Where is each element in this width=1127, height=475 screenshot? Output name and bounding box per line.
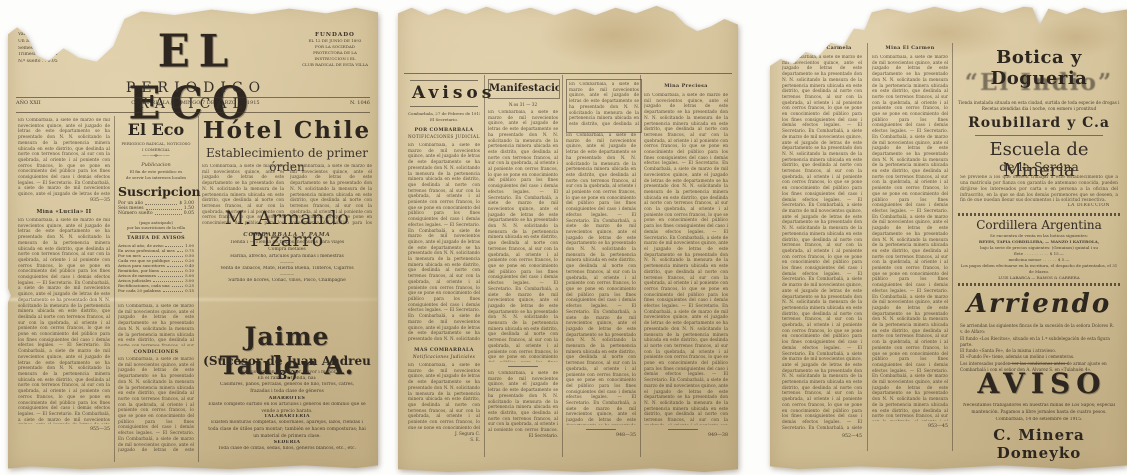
- notice-ref: 952—45: [782, 434, 862, 439]
- newspaper-page-2: Avisos Combarbala, 27 de Febrero de 1915…: [398, 3, 738, 473]
- ad-arriendo-lines: Se arriendan las siguientes fincas de la…: [960, 323, 1118, 373]
- notice-sig-line: S. E.: [408, 437, 480, 443]
- masthead-founded-box: FUNDADO EL 12 DE JUNIO DE 1893 POR LA SO…: [300, 32, 370, 68]
- ad-line: Surtido de licores, Coñac, vinos, Pisco,…: [212, 278, 362, 285]
- ad-line: Recetas atendidas dia i noche, con esmer…: [958, 106, 1120, 112]
- ad-line: Los pagos deben efectuarse en la escritu…: [958, 263, 1120, 275]
- illegible-text-block: En Combarbalá, a siete de marzo de mil n…: [644, 93, 728, 425]
- column-rule: [114, 116, 115, 462]
- masthead-price-line: Valor de la suscricion:: [18, 32, 82, 39]
- avisos-heading: Avisos: [408, 83, 480, 103]
- notice-header: Mina «Lucila» II: [18, 209, 110, 215]
- manifestaciones-heading: Manifestaciones: [488, 79, 560, 99]
- notice-ref: 948—35: [566, 433, 636, 438]
- masthead-price-box: Valor de la suscricion: Un año . . . $ 3…: [18, 32, 82, 66]
- subscription-prices: Por un año$ 3.00 Seis meses1.50 Número s…: [118, 201, 194, 216]
- ad-arriendo-title: Arriendo: [958, 289, 1120, 319]
- column-rule: [562, 75, 563, 457]
- ad-botica-firm: Roubillard y C.a: [958, 115, 1120, 131]
- notice-header: Mina Rosa Carmela: [782, 45, 862, 51]
- masthead-price-line: Semestre . . . 1.50: [18, 46, 82, 53]
- subscription-note: por las suscriciones de la villa: [118, 225, 194, 231]
- ad-escuela-subtitle: de la Serena: [958, 159, 1120, 174]
- ad-hotel-chile-title: Hótel Chile: [202, 117, 372, 144]
- column-rule: [484, 75, 485, 457]
- notice-header: Mina El Carmen: [872, 45, 948, 51]
- price-label: Número suelto: [118, 211, 153, 216]
- ad-line: Venta de Tabacos, Mate, Hierba Buena, Ti…: [212, 266, 362, 273]
- hatch-border: [958, 213, 1120, 216]
- ad-section-head: SEDERIA: [202, 440, 372, 445]
- illegible-text-block: En Combarbalá, a siete de marzo de mil n…: [488, 110, 558, 362]
- masthead-price-line: N.º suelto . . 0.05: [18, 59, 82, 66]
- page-3-paper: Mina Rosa Carmela En Combarbalá, a siete…: [770, 3, 1127, 470]
- illegible-text-block: En Combarbalá, a siete de marzo de mil n…: [408, 143, 480, 343]
- founded-line: CLUB RADICAL DE ESTA VILLA: [300, 62, 370, 68]
- tariff-heading: TARIFA DE AVISOS: [118, 235, 194, 241]
- illegible-text-block: En Combarbalá, a siete de marzo de mil n…: [18, 218, 110, 424]
- short-rule: [410, 80, 478, 81]
- ad-aviso-signature: C. Minera Domeyko: [958, 426, 1120, 462]
- ad-line: Tienda i — Tienda de trapos, hechuras pa…: [212, 240, 362, 247]
- notice-sig-line: El Secretario.: [408, 117, 480, 123]
- ad-line: El fundo «Los Riecitos», situado en la 1…: [960, 336, 1118, 349]
- short-rule: [1010, 363, 1068, 364]
- tariff-table: Avisos al año, de aviso1.00 En aviso pro…: [118, 243, 194, 293]
- price-value: 0.05: [184, 211, 194, 216]
- page-2-paper: Avisos Combarbala, 27 de Febrero de 1915…: [398, 3, 738, 473]
- price-row: Número suelto0.05: [118, 211, 194, 216]
- ad-section-text: Existen monturas completas, sobornales, …: [208, 420, 366, 440]
- newspaper-subtitle: PERIODICO RADICAL: [68, 80, 318, 112]
- ad-line: Casimires, paños, percalas, géneros de h…: [214, 382, 360, 396]
- ad-pizarro-subtitle: COMBARBALA Y PAMA: [202, 231, 372, 239]
- masthead-rule-bottom: [16, 112, 370, 113]
- illegible-text-block: En Combarbalá, a siete de marzo de mil n…: [408, 363, 480, 429]
- column-rule: [867, 43, 868, 451]
- ad-line: Harina, afrecho, artículos para minas i …: [212, 254, 362, 261]
- ad-escuela-text: Se previene a los que deseen trabajar a …: [960, 175, 1118, 201]
- short-rule: [975, 135, 1103, 136]
- paper-stain: [508, 0, 718, 81]
- ad-cordillera-title: Cordillera Argentina: [958, 218, 1120, 232]
- short-rule: [410, 106, 478, 107]
- short-rule: [668, 429, 698, 430]
- dateline-place-date: COMBARBALA, DOMINGO 7 DE MARZO DE 1915: [131, 100, 259, 106]
- tariff-row: Por cada 20 palabras0.15: [118, 288, 194, 293]
- illegible-text-block: En Combarbalá, a siete de marzo de mil n…: [118, 357, 194, 453]
- notice-header: POR COMBARBALA: [408, 127, 480, 133]
- subscription-heading: Suscripcion: [118, 184, 194, 199]
- scanned-newspaper-sheet: Valor de la suscricion: Un año . . . $ 3…: [0, 0, 1127, 475]
- illegible-text-block: En Combarbalá, a siete de marzo de mil n…: [569, 82, 639, 126]
- ad-cordillera-box: Cordillera Argentina Se encuentra de ven…: [958, 213, 1120, 286]
- ad-section-head: ABARROTES: [202, 396, 372, 401]
- short-rule: [586, 429, 616, 430]
- dateline: AÑO XXII COMBARBALA, DOMINGO 7 DE MARZO …: [16, 100, 370, 106]
- tariff-value: 0.15: [185, 288, 194, 293]
- short-rule: [130, 232, 182, 233]
- ad-section-head: TALABARTERIA: [202, 414, 372, 419]
- ad-aviso-text: Necesitamos trabajadores en nuestras min…: [962, 403, 1116, 416]
- notice-subheader: Notificaciones Judiciales: [408, 354, 480, 359]
- notice-ref: 953—45: [872, 424, 948, 429]
- illegible-text-block: En Combarbalá, a siete de marzo de mil n…: [782, 55, 862, 431]
- brand-subline: I COMERCIAL: [118, 147, 194, 153]
- notice-sig-line: El Secretario.: [488, 433, 558, 439]
- ad-pizarro-lines: Tienda i — Tienda de trapos, hechuras pa…: [212, 240, 362, 284]
- tariff-label: Por cada 20 palabras: [118, 288, 161, 293]
- notice-subheader: NOTIFICACIONES JUDICIALES: [408, 134, 480, 139]
- ornament: —··—✣—··—: [118, 154, 194, 161]
- dateline-year: AÑO XXII: [16, 100, 41, 106]
- notice-ref: 949—38: [644, 433, 728, 438]
- column-rule: [198, 116, 199, 462]
- paper-brand-heading: El Eco: [118, 120, 194, 139]
- short-rule: [508, 366, 538, 367]
- head-rule: [404, 73, 732, 74]
- ad-aviso-title: AVISO: [958, 367, 1120, 400]
- page-1-paper: Valor de la suscricion: Un año . . . $ 3…: [8, 4, 378, 470]
- newspaper-page-1: Valor de la suscricion: Un año . . . $ 3…: [8, 4, 378, 470]
- illegible-text-block: En Combarbalá, a siete de marzo de mil n…: [18, 118, 110, 196]
- newspaper-page-3: Mina Rosa Carmela En Combarbalá, a siete…: [770, 3, 1127, 470]
- ad-escuela-signature: LA DIRECCION: [960, 203, 1110, 210]
- ad-line: Se arriendan las siguientes fincas de la…: [960, 323, 1118, 336]
- masthead-rule-top: [16, 97, 370, 98]
- masthead-price-line: Un año . . . $ 3.00: [18, 39, 82, 46]
- brand-subline: PERIODICO RADICAL, NOTICIOSO: [118, 141, 194, 147]
- masthead-price-line: Trimestre . . 0.75: [18, 52, 82, 59]
- notice-header: Mina Preciosa: [644, 83, 728, 89]
- notice-ref: 955—35: [18, 427, 110, 432]
- boxed-notice: En Combarbalá, a siete de marzo de mil n…: [566, 79, 642, 133]
- ad-aviso-date: Combarbalá, 14 de setiembre de 1915.: [958, 417, 1120, 424]
- column-rule: [952, 43, 953, 451]
- notice-header: MÁS COMBARBALA: [408, 347, 480, 353]
- hatch-border: [958, 283, 1120, 286]
- illegible-text-block: En Combarbalá, a siete de marzo de mil n…: [566, 133, 636, 425]
- illegible-text-block: En Combarbalá, a siete de marzo de mil n…: [872, 55, 948, 421]
- ad-botica-name: “El Indio”: [958, 69, 1120, 96]
- conditions-heading: CONDICIONES: [118, 349, 194, 355]
- ad-line: Compra metales: [212, 247, 362, 254]
- publication-line: de servir los intereses locales: [118, 175, 194, 181]
- newspaper-title: EL ECO: [76, 25, 310, 129]
- notice-ref: 935—35: [18, 198, 110, 203]
- illegible-text-block: En Combarbalá, a siete de marzo de mil n…: [488, 371, 558, 431]
- ad-line: LUIS LABARCA — RAMOS & CARRERA: [958, 275, 1120, 281]
- notice-number-line: N.os 31 — 32: [488, 102, 558, 108]
- ad-section-text: Toda clase de cintas, sedas, hilos, géne…: [208, 446, 366, 453]
- dateline-number: N. 1046: [350, 100, 370, 106]
- illegible-text-block: En Combarbalá, a siete de marzo de mil n…: [118, 304, 194, 346]
